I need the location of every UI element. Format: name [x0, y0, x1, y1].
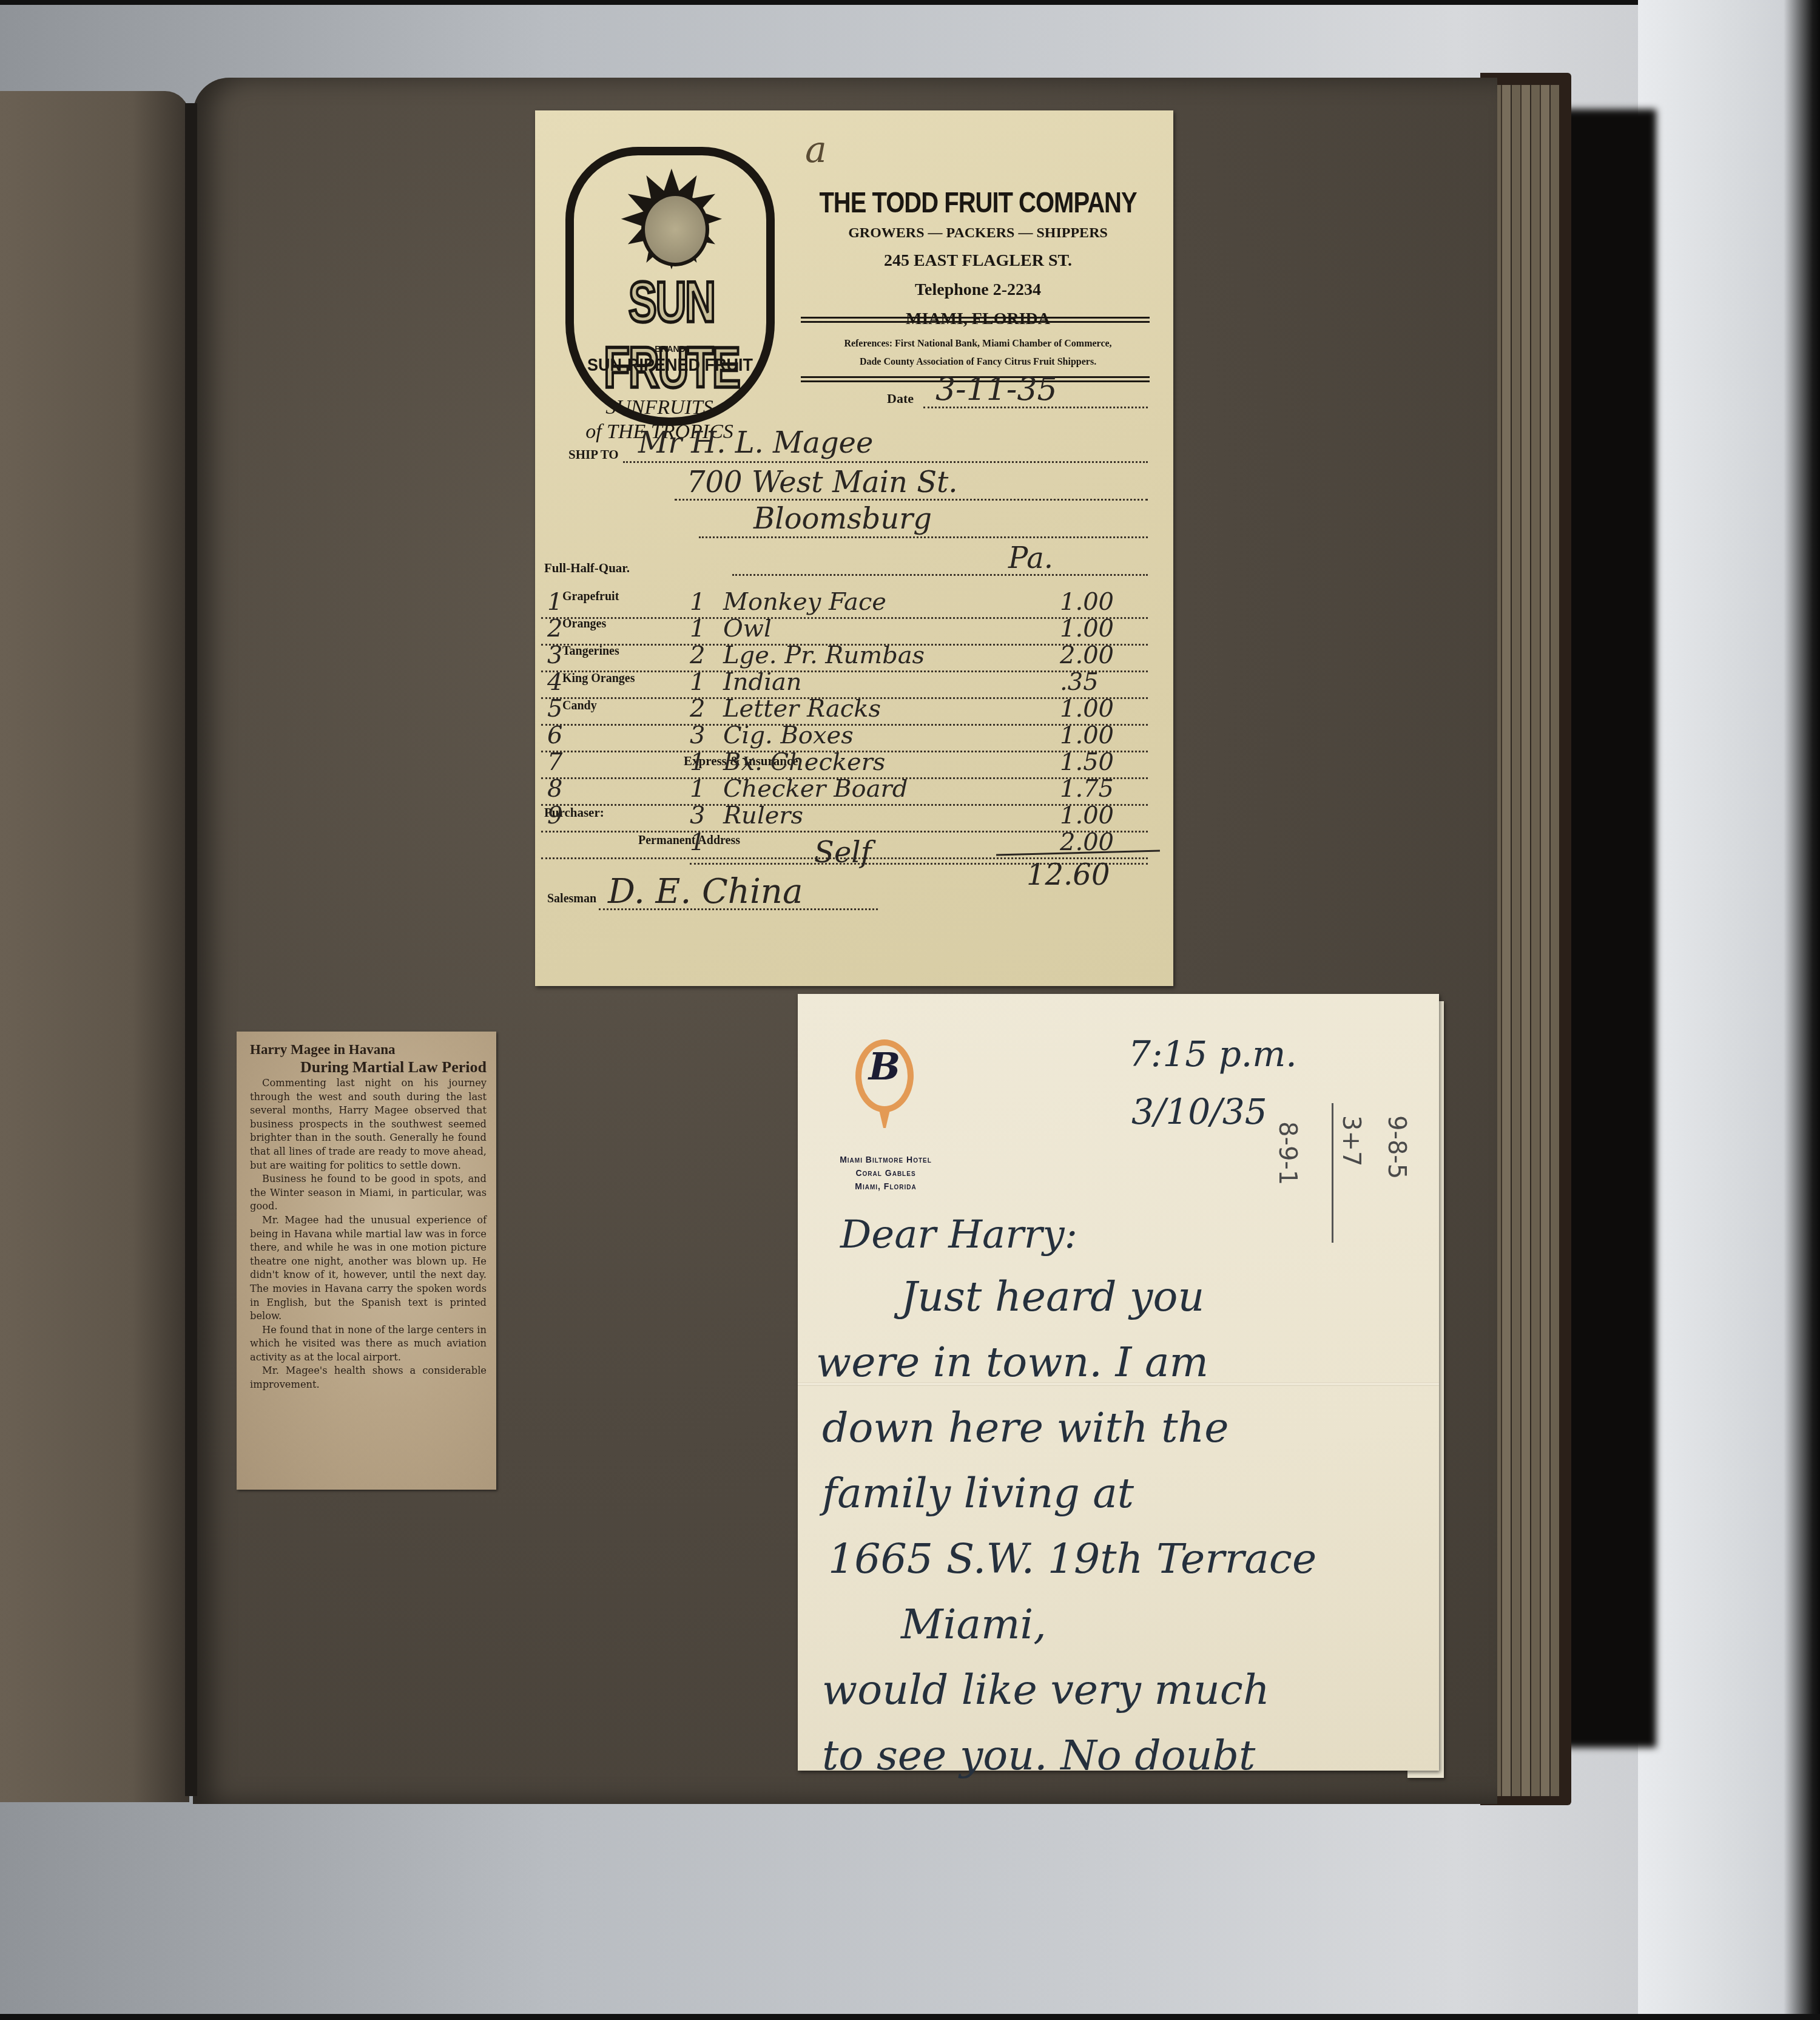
letterhead-hotel: Miami Biltmore Hotel — [798, 1153, 974, 1166]
references: References: First National Bank, Miami C… — [796, 335, 1160, 371]
item-line — [541, 804, 1148, 806]
references-line-2: Dade County Association of Fancy Citrus … — [796, 353, 1160, 371]
ship-line-4 — [732, 574, 1148, 576]
label-king-oranges: King Oranges — [562, 672, 635, 686]
item-index: 1 — [547, 588, 562, 616]
margin-note-3: 9-8-5 — [1383, 1115, 1410, 1179]
ship-to-label: SHIP TO — [568, 447, 619, 462]
item-quantity: 1 — [690, 748, 705, 776]
biltmore-crest: B — [855, 1039, 916, 1130]
page-stack-edge — [1492, 85, 1559, 1796]
pencil-divider — [1332, 1103, 1333, 1243]
letterhead-area: Coral Gables — [798, 1166, 974, 1180]
brand-tagline: SUN-RIPENED FRUIT — [565, 356, 775, 375]
newspaper-clipping: Harry Magee in Havana During Martial Law… — [237, 1032, 496, 1490]
clipping-paragraph: Mr. Magee's health shows a considerable … — [250, 1364, 487, 1391]
letter-line: 1665 S.W. 19th Terrace — [828, 1535, 1316, 1583]
item-index: 2 — [547, 615, 562, 643]
letterhead-text: Miami Biltmore Hotel Coral Gables Miami,… — [798, 1153, 974, 1193]
item-quantity: 1 — [690, 668, 705, 696]
left-scrapbook-page — [0, 91, 189, 1802]
item-amount: 1.00 — [1060, 615, 1114, 643]
letter-time: 7:15 p.m. — [1128, 1033, 1297, 1075]
letterhead-city: Miami, Florida — [798, 1180, 974, 1193]
item-quantity: 2 — [690, 695, 705, 723]
label-grapefruit: Grapefruit — [562, 590, 619, 604]
clipping-paragraph: Mr. Magee had the unusual experience of … — [250, 1214, 487, 1323]
item-description: Monkey Face — [723, 588, 886, 616]
ship-line-1 — [623, 461, 1148, 463]
sun-frute-logo: ✹ SUN FRUTE BRAND SUN-RIPENED FRUIT — [565, 147, 784, 432]
letter-line: Miami, — [901, 1601, 1046, 1649]
item-description: Checker Board — [723, 775, 908, 803]
item-index: 9 — [547, 802, 562, 829]
item-line — [541, 831, 1148, 833]
company-address: 245 EAST FLAGLER ST. — [796, 251, 1160, 271]
item-index: 7 — [547, 748, 562, 776]
item-amount: 1.75 — [1060, 775, 1114, 803]
item-description: Owl — [723, 615, 772, 643]
item-description: Rulers — [723, 802, 803, 829]
label-oranges: Oranges — [562, 617, 606, 631]
item-amount: 1.00 — [1060, 588, 1114, 616]
backdrop-bottom-edge — [0, 2014, 1820, 2020]
corner-mark: a — [805, 129, 827, 171]
margin-note-1: 8-9-1 — [1273, 1121, 1301, 1185]
clipping-paragraph: Business he found to be good in spots, a… — [250, 1172, 487, 1214]
crest-tassel — [878, 1107, 891, 1128]
clipping-paragraph: He found that in none of the large cente… — [250, 1323, 487, 1365]
letter-line: Just heard you — [901, 1273, 1204, 1321]
item-amount: 1.50 — [1060, 748, 1114, 776]
ship-to-city: Bloomsburg — [753, 502, 932, 536]
brand-label: BRAND — [565, 344, 775, 354]
item-index: 3 — [547, 641, 562, 669]
item-description: Cig. Boxes — [723, 721, 854, 749]
item-description: Indian — [723, 668, 802, 696]
item-quantity: 2 — [690, 641, 705, 669]
item-quantity: 1 — [690, 828, 705, 856]
item-amount: .35 — [1060, 668, 1099, 696]
date-value: 3-11-35 — [935, 371, 1057, 408]
letter-line: were in town. I am — [816, 1339, 1208, 1387]
company-services: GROWERS — PACKERS — SHIPPERS — [796, 225, 1160, 242]
ship-to-street: 700 West Main St. — [687, 465, 958, 499]
ship-line-3 — [699, 536, 1148, 538]
item-quantity: 3 — [690, 721, 705, 749]
item-quantity: 3 — [690, 802, 705, 829]
ship-to-name: Mr H. L. Magee — [638, 426, 873, 460]
item-line — [541, 671, 1148, 672]
letter-line: down here with the — [822, 1404, 1229, 1452]
item-amount: 1.00 — [1060, 802, 1114, 829]
item-index: 8 — [547, 775, 562, 803]
company-header: THE TODD FRUIT COMPANY GROWERS — PACKERS… — [796, 189, 1160, 329]
label-salesman: Salesman — [547, 892, 596, 906]
label-permanent-address: Permanent Address — [638, 834, 740, 848]
letter-date: 3/10/35 — [1131, 1091, 1267, 1132]
clipping-body: Commenting last night on his journey thr… — [250, 1076, 487, 1392]
company-name: THE TODD FRUIT COMPANY — [796, 187, 1160, 220]
backdrop-top-edge — [0, 0, 1820, 5]
item-description: Lge. Pr. Rumbas — [723, 641, 925, 669]
salesman-value: D. E. China — [608, 872, 803, 911]
letter-line: would like very much — [822, 1666, 1270, 1714]
item-amount: 2.00 — [1060, 641, 1114, 669]
letter-greeting: Dear Harry: — [840, 1212, 1077, 1257]
clipping-paragraph: Commenting last night on his journey thr… — [250, 1076, 487, 1172]
brand-name: SUN FRUTE — [571, 269, 772, 400]
biltmore-letter: B Miami Biltmore Hotel Coral Gables Miam… — [798, 994, 1439, 1771]
slogan-line-1: SUNFRUITS — [559, 396, 760, 420]
todd-fruit-receipt: a ✹ SUN FRUTE BRAND SUN-RIPENED FRUIT SU… — [535, 110, 1173, 986]
item-index: 5 — [547, 695, 562, 723]
item-quantity: 1 — [690, 775, 705, 803]
letter-line: family living at — [822, 1470, 1134, 1518]
item-quantity: 1 — [690, 615, 705, 643]
sun-core — [641, 192, 709, 266]
date-label: Date — [887, 391, 914, 407]
margin-note-2: 3+7 — [1337, 1115, 1365, 1166]
book-gutter — [185, 103, 197, 1796]
backdrop-cloth — [1638, 0, 1820, 2020]
receipt-total: 12.60 — [1026, 858, 1110, 892]
clipping-headline-2: During Martial Law Period — [250, 1058, 487, 1076]
item-amount: 1.00 — [1060, 721, 1114, 749]
item-line — [541, 617, 1148, 619]
letter-line: to see you. No doubt — [822, 1732, 1255, 1780]
monogram-icon: B — [855, 1044, 914, 1089]
company-telephone: Telephone 2-2234 — [796, 280, 1160, 300]
full-half-quar-label: Full-Half-Quar. — [544, 561, 630, 576]
item-description: Bx. Checkers — [723, 748, 885, 776]
item-amount: 1.00 — [1060, 695, 1114, 723]
label-candy: Candy — [562, 699, 597, 713]
item-quantity: 1 — [690, 588, 705, 616]
header-rule — [801, 317, 1150, 323]
clipping-headline-1: Harry Magee in Havana — [250, 1041, 487, 1058]
purchaser-value: Self — [814, 836, 871, 870]
item-description: Letter Racks — [723, 695, 881, 723]
ship-to-state: Pa. — [1008, 541, 1053, 575]
item-index: 4 — [547, 668, 562, 696]
references-line-1: References: First National Bank, Miami C… — [796, 335, 1160, 353]
label-tangerines: Tangerines — [562, 644, 619, 658]
item-index: 6 — [547, 721, 562, 749]
